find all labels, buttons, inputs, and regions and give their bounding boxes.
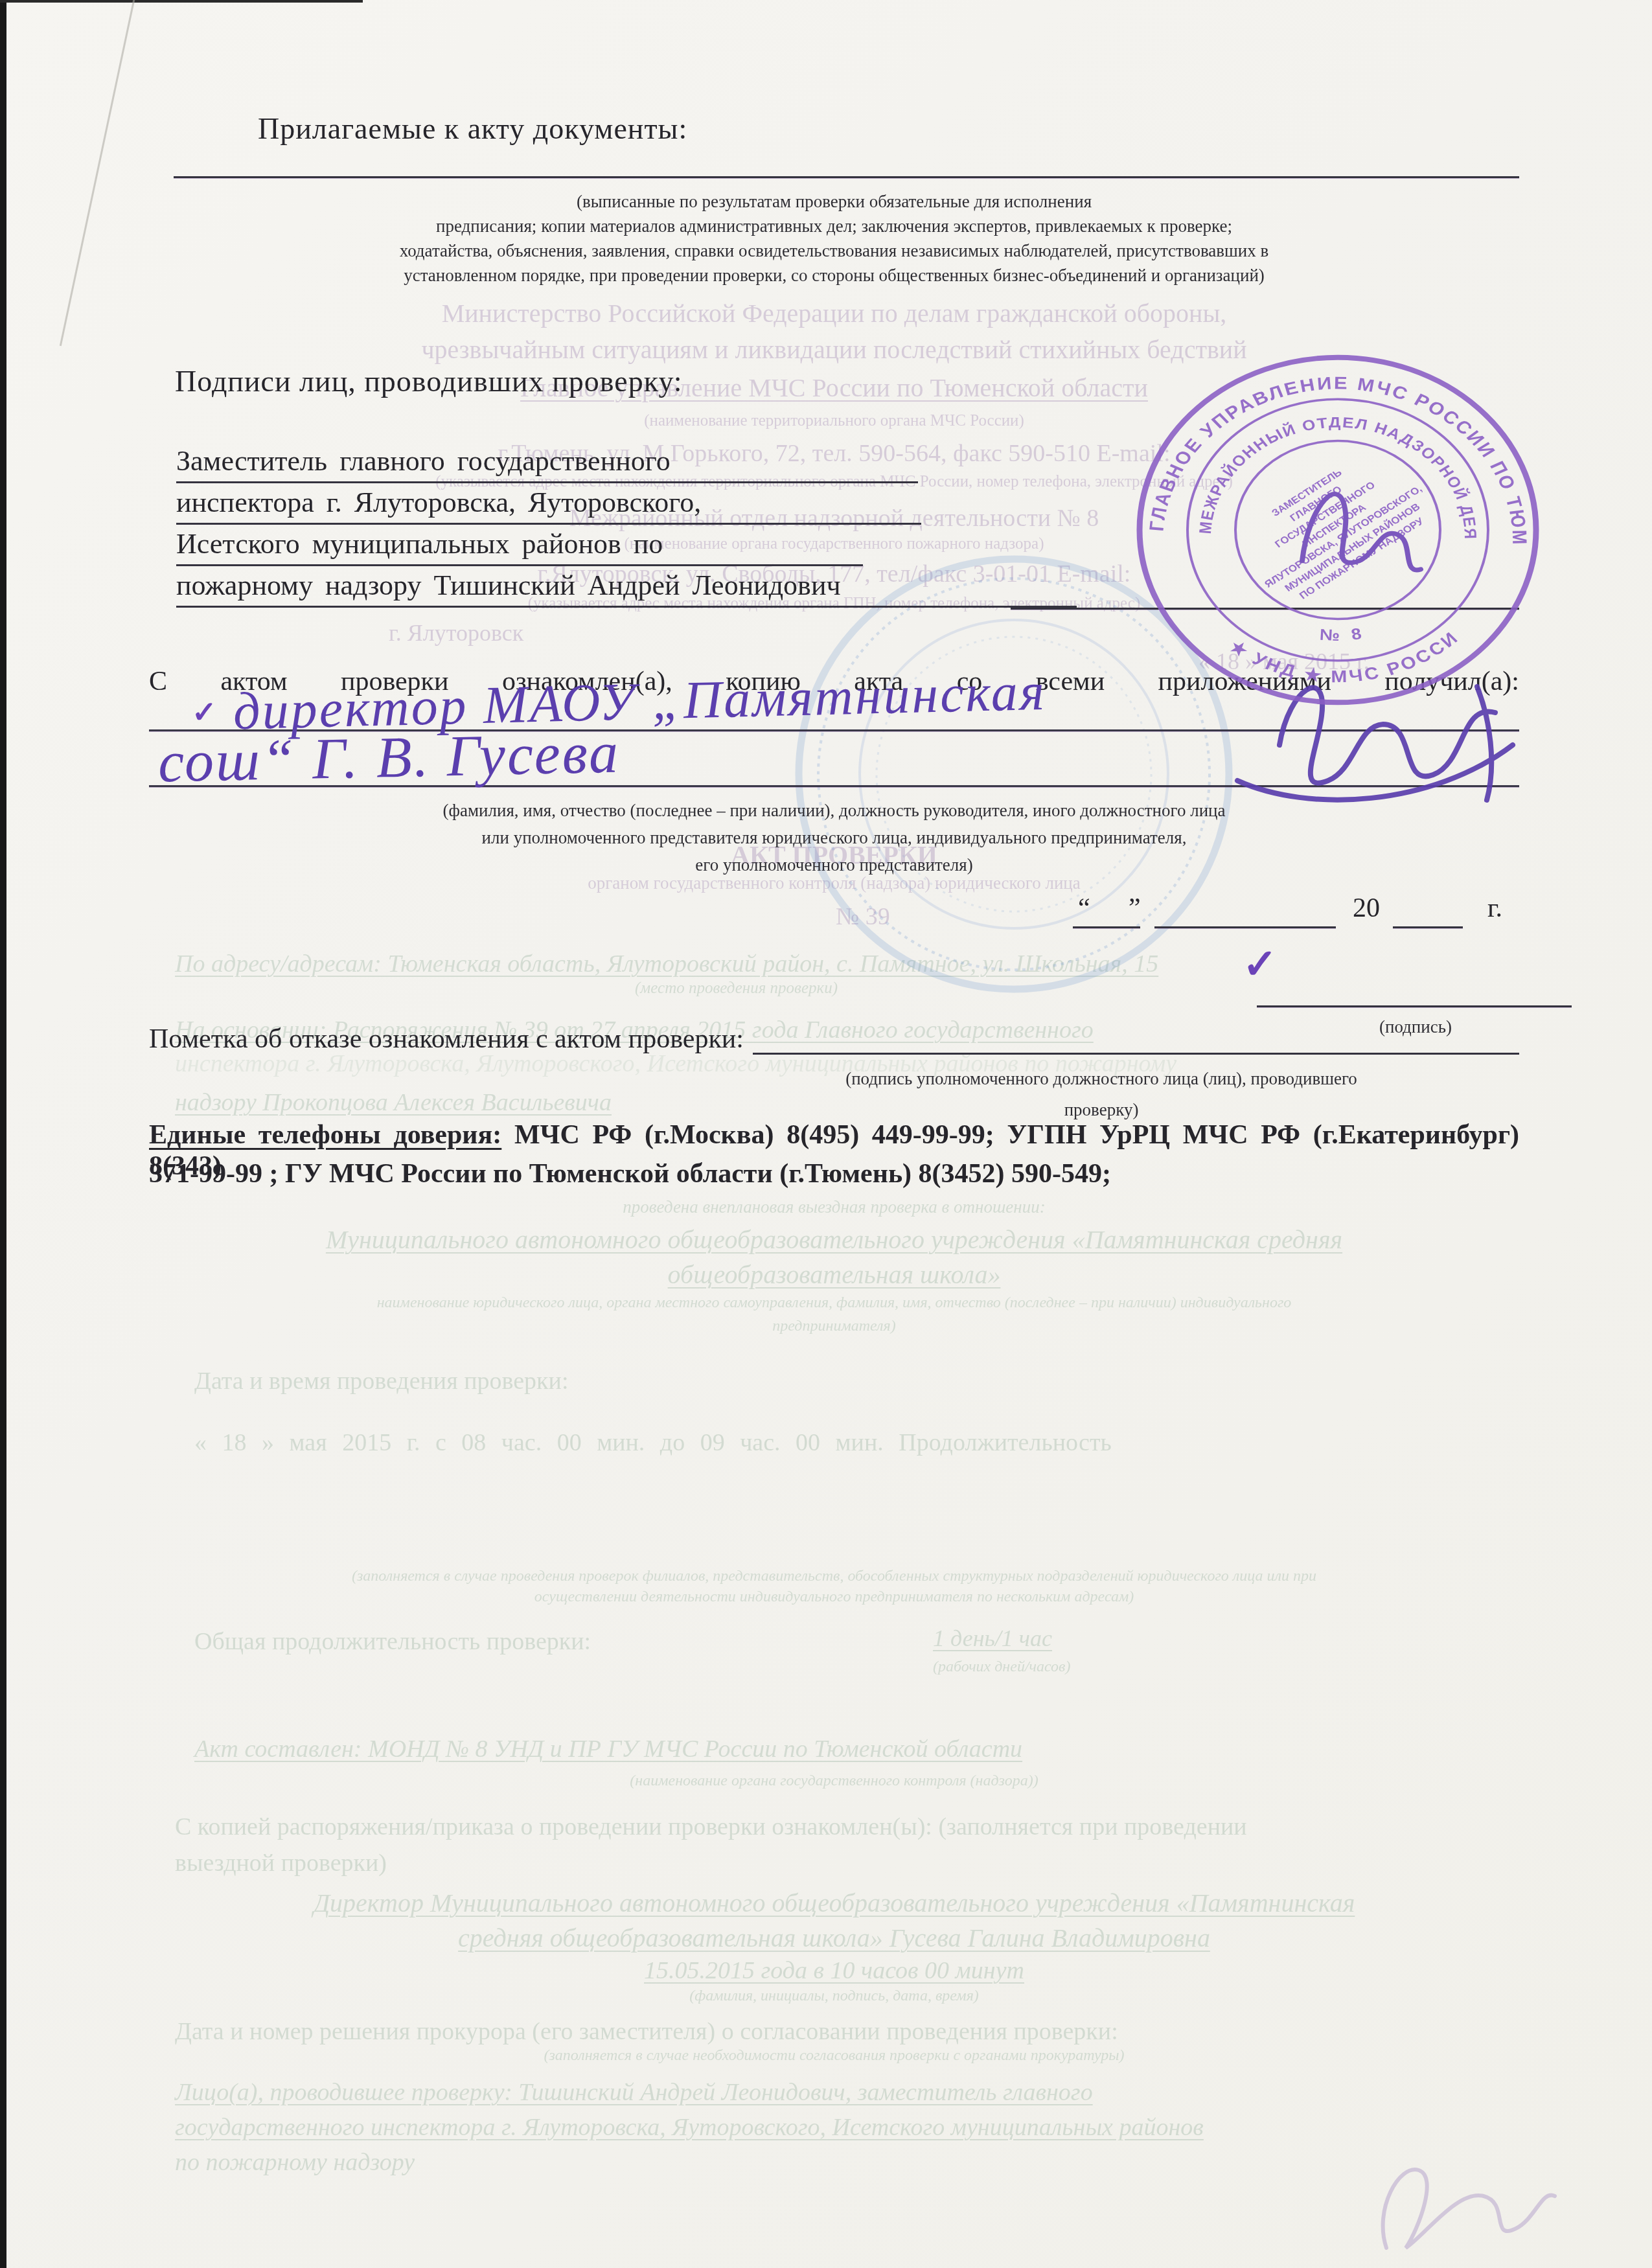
signatures-heading: Подписи лиц, проводивших проверку: — [175, 364, 683, 398]
bleedthrough-line: наименование юридического лица, органа м… — [149, 1294, 1519, 1312]
bleedthrough-line: осуществлении деятельности индивидуально… — [149, 1588, 1519, 1606]
bleedthrough-line: Акт составлен: МОНД № 8 УНД и ПР ГУ МЧС … — [194, 1735, 1022, 1763]
bleedthrough-line: выездной проверки) — [175, 1849, 387, 1877]
attachments-heading: Прилагаемые к акту документы: — [258, 111, 687, 146]
bleedthrough-line: Директор Муниципального автономного обще… — [149, 1888, 1519, 1918]
bleedthrough-line: (заполняется в случае необходимости согл… — [149, 2047, 1519, 2065]
checkmark-handwriting: ✓ — [192, 694, 217, 729]
bleedthrough-line: Дата и время проведения проверки: — [194, 1367, 568, 1395]
attachments-caption-1: (выписанные по результатам проверки обяз… — [149, 192, 1519, 212]
inspector-title-line-3: Исетского муниципальных районов по — [176, 527, 863, 566]
bleedthrough-line: (фамилия, инициалы, подпись, дата, время… — [149, 1987, 1519, 2005]
name-caption-3: его уполномоченного представителя) — [149, 855, 1519, 875]
scan-edge-top — [0, 0, 363, 3]
bleedthrough-line: общеобразовательная школа» — [149, 1259, 1519, 1290]
date-year-prefix: 20 — [1353, 893, 1380, 924]
signature-line — [1257, 1005, 1572, 1007]
bleedthrough-line: надзору Прокопцова Алексея Васильевича — [175, 1088, 612, 1117]
hotline-label: Единые телефоны доверия: — [149, 1120, 501, 1150]
paper-edge-crease — [60, 0, 137, 346]
date-day-line — [1073, 926, 1140, 928]
stamp-middle-ring-bottom-text: № 8 — [1319, 624, 1367, 645]
bleedthrough-line: средняя общеобразовательная школа» Гусев… — [149, 1923, 1519, 1953]
bleedthrough-line: Дата и номер решения прокурора (его заме… — [175, 2017, 1118, 2046]
date-close-quote: ” — [1129, 893, 1141, 924]
bleedthrough-line: Лицо(а), проводившее проверку: Тишинский… — [175, 2078, 1093, 2107]
bleedthrough-line: (рабочих дней/часов) — [933, 1658, 1071, 1676]
scan-edge-strip — [0, 0, 6, 2268]
bleedthrough-line: Муниципального автономного общеобразоват… — [149, 1224, 1519, 1255]
refusal-blank-line — [753, 1025, 1519, 1055]
bleedthrough-line: (наименование органа государственного ко… — [149, 1772, 1519, 1790]
scanned-document-page: Министерство Российской Федерации по дел… — [0, 0, 1652, 2268]
bleedthrough-signature — [1348, 2151, 1561, 2267]
mchs-round-stamp: ГЛАВНОЕ УПРАВЛЕНИЕ МЧС РОССИИ ПО ТЮМЕНСК… — [1130, 349, 1545, 711]
refusal-caption-2: проверку) — [713, 1100, 1490, 1120]
attachments-caption-4: установленном порядке, при проведении пр… — [149, 266, 1519, 286]
date-open-quote: “ — [1078, 893, 1090, 924]
refusal-caption-1: (подпись уполномоченного должностного ли… — [713, 1069, 1490, 1089]
inspector-title-line-4: пожарному надзору Тишинский Андрей Леони… — [176, 569, 1077, 608]
bleedthrough-line: государственного инспектора г. Ялуторовс… — [175, 2113, 1204, 2142]
bleedthrough-line: по пожарному надзору — [175, 2148, 415, 2177]
bleedthrough-line: 15.05.2015 года в 10 часов 00 минут — [149, 1956, 1519, 1985]
refusal-label: Пометка об отказе ознакомления с актом п… — [149, 1024, 744, 1055]
inspector-title-line-2: инспектора г. Ялуторовска, Яуторовского, — [176, 486, 921, 525]
svg-text:№ 8: № 8 — [1319, 624, 1367, 645]
attachments-caption-2: предписания; копии материалов администра… — [149, 216, 1519, 236]
handwritten-position-line-2: сош“ Г. В. Гусева — [157, 720, 621, 796]
bleedthrough-line: (заполняется в случае проведения проверо… — [149, 1568, 1519, 1585]
date-year-suffix: г. — [1487, 893, 1502, 924]
refusal-row: Пометка об отказе ознакомления с актом п… — [149, 1024, 1519, 1055]
date-month-line — [1154, 926, 1336, 928]
bleedthrough-line: Общая продолжительность проверки: — [194, 1627, 591, 1656]
bleedthrough-line: проведена внеплановая выездная проверка … — [149, 1197, 1519, 1217]
bleedthrough-line: предпринимателя) — [149, 1318, 1519, 1335]
attachments-blank-line — [174, 176, 1519, 178]
bleedthrough-line: 1 день/1 час — [933, 1625, 1052, 1652]
bleedthrough-line: С копией распоряжения/приказа о проведен… — [175, 1813, 1247, 1841]
date-year-line — [1393, 926, 1463, 928]
bleedthrough-line: г. Ялуторовск — [389, 619, 523, 647]
attachments-caption-3: ходатайства, объяснения, заявления, спра… — [149, 241, 1519, 261]
inspector-title-line-1: Заместитель главного государственного — [176, 444, 918, 483]
bleedthrough-line: Министерство Российской Федерации по дел… — [149, 298, 1519, 328]
hotline-line-2: 371-99-99 ; ГУ МЧС России по Тюменской о… — [149, 1158, 1111, 1189]
bleedthrough-line: « 18 » мая 2015 г. с 08 час. 00 мин. до … — [194, 1428, 1112, 1457]
name-caption-2: или уполномоченного представителя юридич… — [149, 828, 1519, 848]
checkmark-date: ✓ — [1243, 941, 1278, 989]
